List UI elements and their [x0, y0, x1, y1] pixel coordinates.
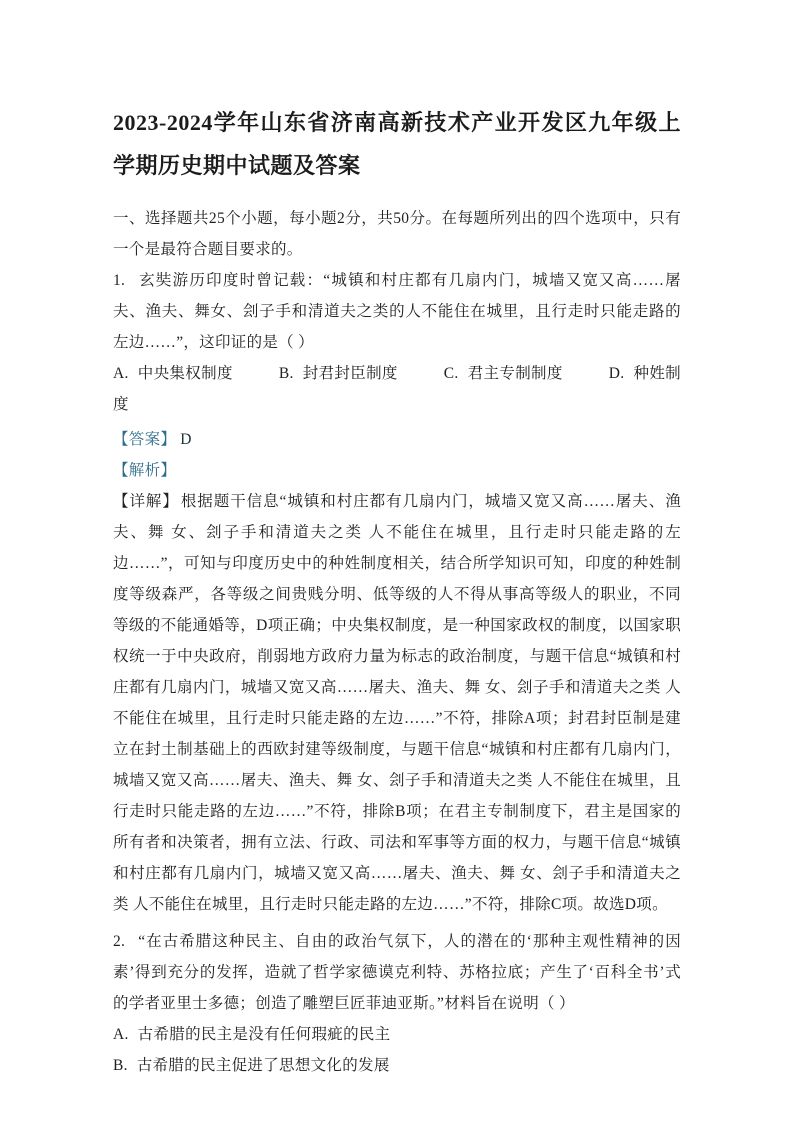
question-1-block: 1.玄奘游历印度时曾记载：“城镇和村庄都有几扇内门，城墙又宽又高……屠夫、渔夫、… [113, 265, 681, 920]
question-1-answer-line: 【答案】D [113, 424, 681, 455]
detail-label: 【详解】 [113, 493, 179, 510]
question-2-number: 2. [113, 933, 125, 950]
option-a-label: A. [113, 1026, 129, 1043]
question-2-option-b: B.古希腊的民主促进了思想文化的发展 [113, 1050, 681, 1081]
question-2-stem-line: 2.“在古希腊这种民主、自由的政治气氛下，人的潜在的‘那种主观性精神的因素’得到… [113, 926, 681, 1019]
question-2-stem: “在古希腊这种民主、自由的政治气氛下，人的潜在的‘那种主观性精神的因素’得到充分… [113, 933, 681, 1012]
page-title: 2023-2024学年山东省济南高新技术产业开发区九年级上学期历史期中试题及答案 [113, 101, 681, 187]
question-1-option-c: C.君主专制制度 [444, 365, 563, 382]
analysis-label: 【解析】 [113, 462, 176, 479]
option-d-label: D. [609, 365, 625, 382]
question-1-stem: 玄奘游历印度时曾记载：“城镇和村庄都有几扇内门，城墙又宽又高……屠夫、渔夫、舞女… [113, 272, 681, 351]
question-1-analysis-line: 【解析】 [113, 455, 681, 486]
question-1-option-b: B.封君封臣制度 [279, 365, 398, 382]
question-1-detail: 【详解】根据题干信息“城镇和村庄都有几扇内门，城墙又宽又高……屠夫、渔夫、舞 女… [113, 486, 681, 920]
question-1-number: 1. [113, 272, 125, 289]
answer-value: D [176, 431, 192, 448]
question-1-option-a: A.中央集权制度 [113, 365, 233, 382]
question-2-option-a: A.古希腊的民主是没有任何瑕疵的民主 [113, 1019, 681, 1050]
question-2-block: 2.“在古希腊这种民主、自由的政治气氛下，人的潜在的‘那种主观性精神的因素’得到… [113, 926, 681, 1081]
question-1-stem-line: 1.玄奘游历印度时曾记载：“城镇和村庄都有几扇内门，城墙又宽又高……屠夫、渔夫、… [113, 265, 681, 358]
option-c-text: 君主专制制度 [468, 365, 563, 382]
answer-label: 【答案】 [113, 431, 176, 448]
document-content: 2023-2024学年山东省济南高新技术产业开发区九年级上学期历史期中试题及答案… [0, 0, 793, 1081]
option-b-text: 封君封臣制度 [303, 365, 398, 382]
option-a-label: A. [113, 365, 129, 382]
exam-document-page: 2023-2024学年山东省济南高新技术产业开发区九年级上学期历史期中试题及答案… [0, 0, 793, 1122]
detail-text: 根据题干信息“城镇和村庄都有几扇内门，城墙又宽又高……屠夫、渔夫、舞 女、刽子手… [113, 493, 681, 913]
option-c-label: C. [444, 365, 459, 382]
question-1-options: A.中央集权制度B.封君封臣制度C.君主专制制度D.种姓制度 [113, 358, 681, 420]
option-a-text: 中央集权制度 [138, 365, 233, 382]
section-instructions: 一、选择题共25个小题，每小题2分，共50分。在每题所列出的四个选项中，只有一个… [113, 203, 681, 265]
option-b-label: B. [113, 1057, 128, 1074]
option-b-label: B. [279, 365, 294, 382]
option-b-text: 古希腊的民主促进了思想文化的发展 [137, 1057, 390, 1074]
option-a-text: 古希腊的民主是没有任何瑕疵的民主 [138, 1026, 391, 1043]
